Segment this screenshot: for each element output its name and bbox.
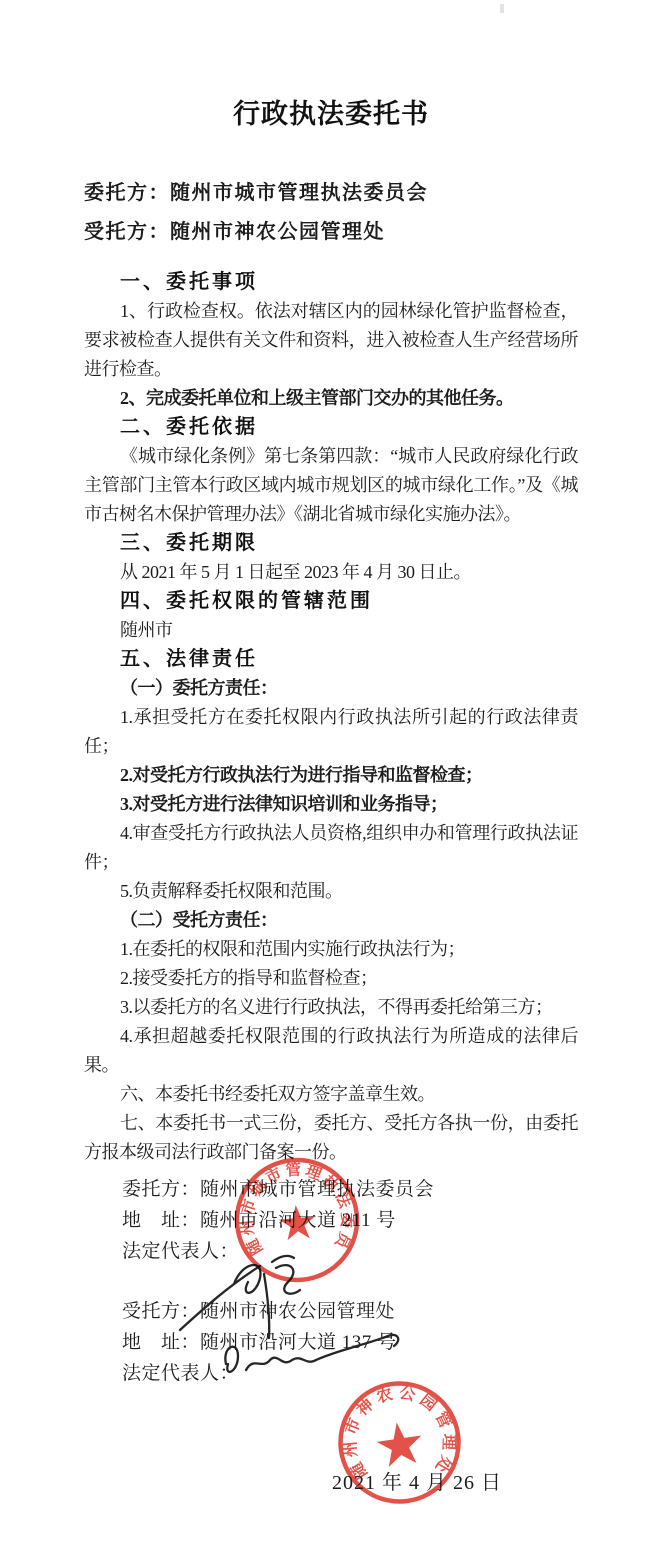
paragraph: 5.负责解释委托权限和范围。: [84, 877, 578, 906]
paragraph: 从 2021 年 5 月 1 日起至 2023 年 4 月 30 日止。: [84, 558, 578, 587]
party-label: 受托方：: [84, 221, 170, 243]
paragraph: 4.审查受托方行政执法人员资格,组织申办和管理行政执法证件；: [84, 819, 578, 877]
paragraph: 1.承担受托方在委托权限内行政执法所引起的行政法律责任；: [84, 703, 578, 761]
red-star-icon: [374, 1419, 425, 1468]
document-title: 行政执法委托书: [84, 96, 578, 132]
official-seal-entrusting: 随州市城市管理执法委员会: [231, 1154, 363, 1286]
document-body: 行政执法委托书 委托方：随州市城市管理执法委员会 受托方：随州市神农公园管理处 …: [84, 0, 578, 1167]
paragraph: 1、行政检查权。依法对辖区内的园林绿化管护监督检查，要求被检查人提供有关文件和资…: [84, 297, 578, 384]
section-heading-4: 四、委托权限的管辖范围: [84, 587, 578, 616]
paragraph: 《城市绿化条例》第七条第四款：“城市人民政府绿化行政主管部门主管本行政区域内城市…: [84, 442, 578, 529]
subsection-heading: （一）委托方责任：: [84, 674, 578, 703]
red-star-icon: [278, 1203, 317, 1240]
party-name: 随州市神农公园管理处: [170, 221, 385, 243]
section-heading-5: 五、法律责任: [84, 645, 578, 674]
paragraph: 1.在委托的权限和范围内实施行政执法行为；: [84, 935, 578, 964]
scan-noise: [500, 4, 504, 13]
document-text: 一、委托事项 1、行政检查权。依法对辖区内的园林绿化管护监督检查，要求被检查人提…: [84, 268, 578, 1167]
subsection-heading: （二）受托方责任：: [84, 906, 578, 935]
parties-header: 委托方：随州市城市管理执法委员会 受托方：随州市神农公园管理处: [84, 174, 578, 252]
document-date: 2021 年 4 月 26 日: [332, 1466, 502, 1495]
sig-label: 委托方：: [122, 1179, 200, 1200]
paragraph: 2.对受托方行政执法行为进行指导和监督检查；: [84, 761, 578, 790]
section-heading-2: 二、委托依据: [84, 413, 578, 442]
document-page: 行政执法委托书 委托方：随州市城市管理执法委员会 受托方：随州市神农公园管理处 …: [0, 0, 650, 1543]
paragraph: 3.以委托方的名义进行行政执法，不得再委托给第三方；: [84, 993, 578, 1022]
section-heading-1: 一、委托事项: [84, 268, 578, 297]
party-line-entrusted: 受托方：随州市神农公园管理处: [84, 213, 578, 252]
paragraph: 六、本委托书经委托双方签字盖章生效。: [84, 1080, 578, 1109]
party-line-entrusting: 委托方：随州市城市管理执法委员会: [84, 174, 578, 213]
party-label: 委托方：: [84, 182, 170, 204]
paragraph: 2.接受委托方的指导和监督检查；: [84, 964, 578, 993]
paragraph: 随州市: [84, 616, 578, 645]
paragraph: 4.承担超越委托权限范围的行政执法行为所造成的法律后果。: [84, 1022, 578, 1080]
sig-label: 地 址：: [122, 1210, 200, 1231]
section-heading-3: 三、委托期限: [84, 529, 578, 558]
party-name: 随州市城市管理执法委员会: [170, 182, 428, 204]
paragraph: 3.对受托方进行法律知识培训和业务指导；: [84, 790, 578, 819]
paragraph: 2、完成委托单位和上级主管部门交办的其他任务。: [84, 384, 578, 413]
